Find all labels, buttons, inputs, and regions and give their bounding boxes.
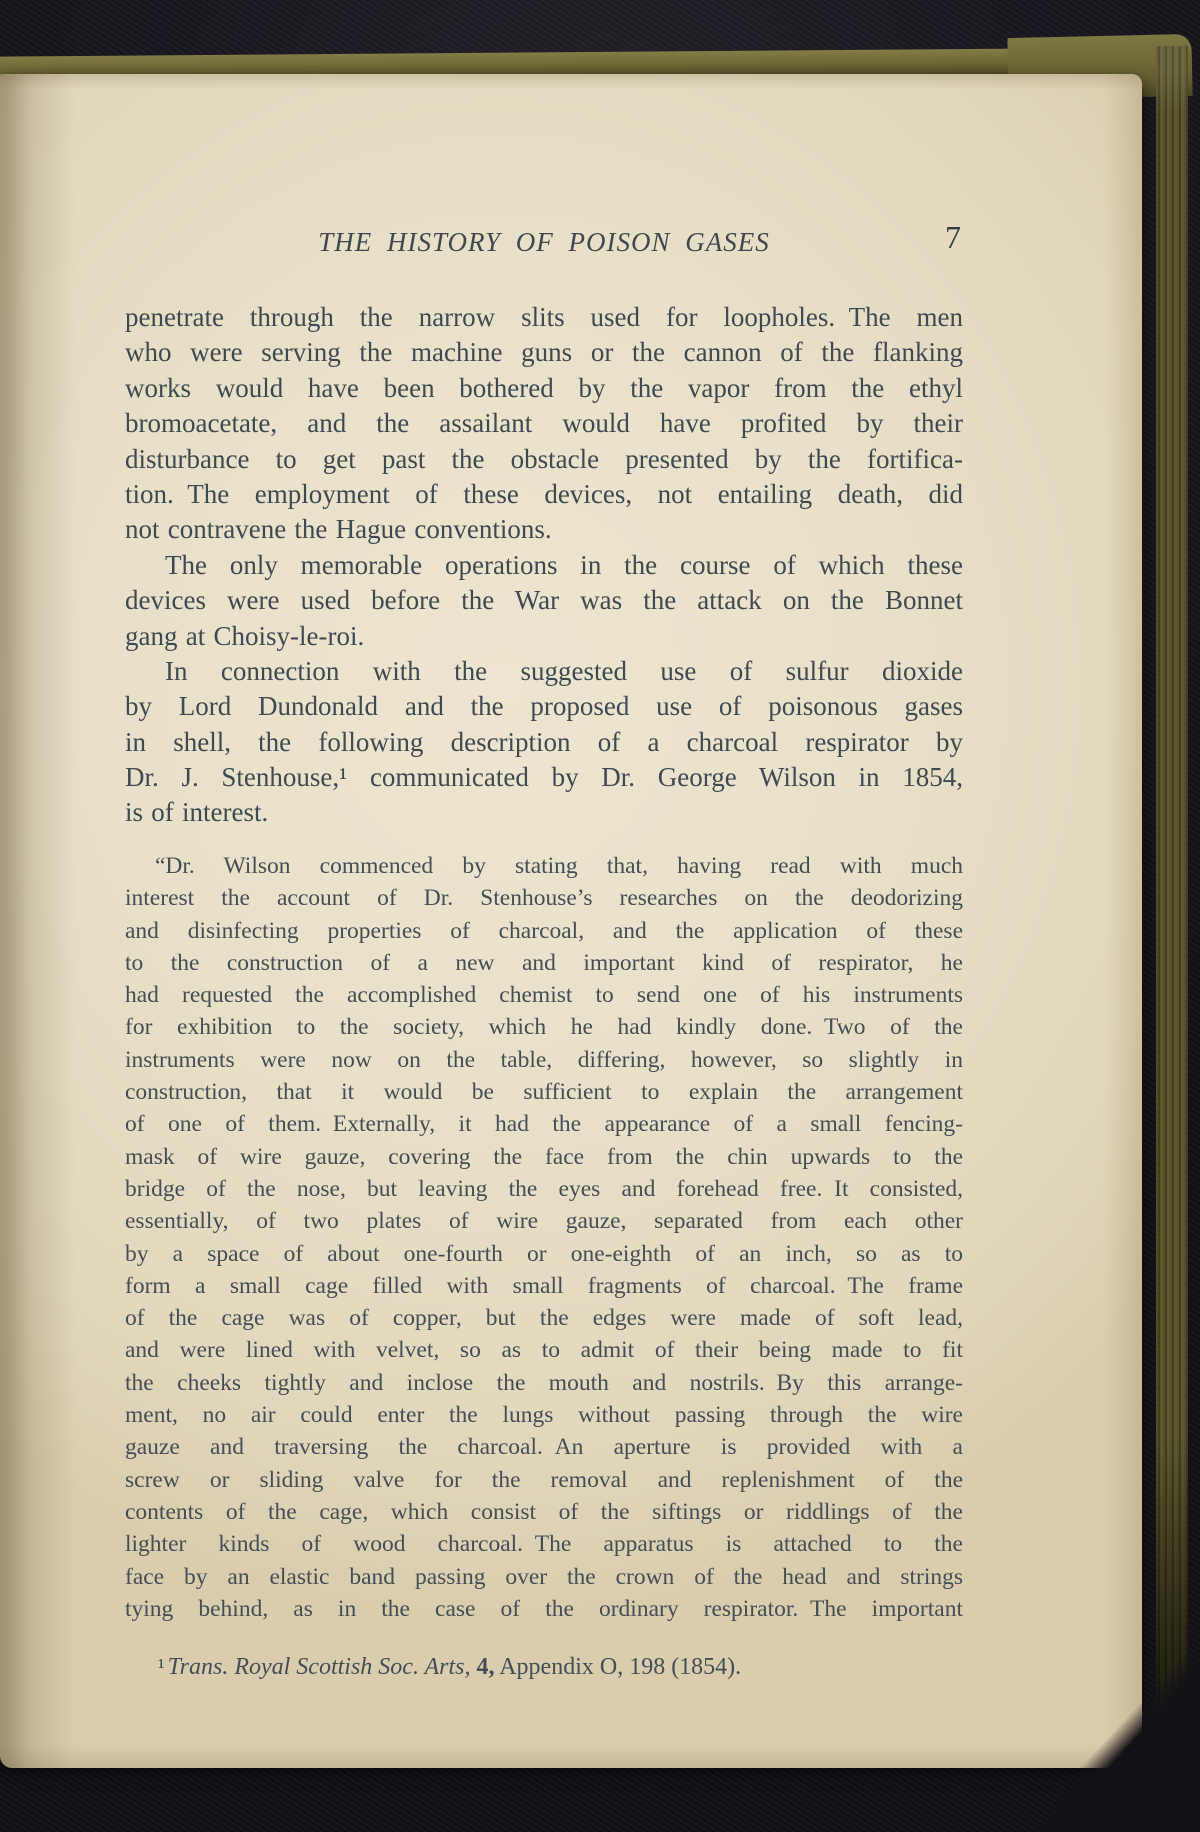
gutter-shadow (0, 74, 80, 1768)
text-line: in shell, the following description of a… (125, 725, 963, 760)
footnote-citation-rest: Appendix O, 198 (1854). (499, 1654, 741, 1680)
text-line: face by an elastic band passing over the… (125, 1561, 963, 1593)
text-line: works would have been bothered by the va… (125, 371, 963, 406)
text-line: is of interest. (125, 795, 963, 830)
page-number: 7 (945, 220, 961, 254)
paragraph: penetrate through the narrow slits used … (125, 300, 963, 548)
footnote: ¹Trans. Royal Scottish Soc. Arts, 4, App… (125, 1652, 963, 1682)
text-line: penetrate through the narrow slits used … (125, 300, 963, 335)
page-header-title: THE HISTORY OF POISON GASES (318, 227, 770, 257)
text-line: mask of wire gauze, covering the face fr… (125, 1141, 963, 1173)
page-corner-shadow (1036, 1656, 1200, 1832)
running-header: THE HISTORY OF POISON GASES (125, 225, 963, 259)
text-line: form a small cage filled with small frag… (125, 1270, 963, 1302)
text-line: by Lord Dundonald and the proposed use o… (125, 689, 963, 724)
text-line: the cheeks tightly and inclose the mouth… (125, 1367, 963, 1399)
text-line: construction, that it would be sufficien… (125, 1076, 963, 1108)
text-line: of the cage was of copper, but the edges… (125, 1302, 963, 1334)
text-line: “Dr. Wilson commenced by stating that, h… (125, 850, 963, 882)
text-line: In connection with the suggested use of … (125, 654, 963, 689)
text-line: for exhibition to the society, which he … (125, 1011, 963, 1043)
text-line: gang at Choisy-le-roi. (125, 619, 963, 654)
paragraph: “Dr. Wilson commenced by stating that, h… (125, 850, 963, 1625)
quoted-passage: “Dr. Wilson commenced by stating that, h… (125, 850, 963, 1625)
text-line: who were serving the machine guns or the… (125, 335, 963, 370)
text-line: had requested the accomplished chemist t… (125, 979, 963, 1011)
paragraph: The only memorable operations in the cou… (125, 548, 963, 654)
text-line: devices were used before the War was the… (125, 583, 963, 618)
text-line: The only memorable operations in the cou… (125, 548, 963, 583)
text-line: gauze and traversing the charcoal. An ap… (125, 1431, 963, 1463)
body-paragraphs: penetrate through the narrow slits used … (125, 300, 963, 831)
text-line: tying behind, as in the case of the ordi… (125, 1593, 963, 1625)
text-line: essentially, of two plates of wire gauze… (125, 1205, 963, 1237)
text-line: ment, no air could enter the lungs witho… (125, 1399, 963, 1431)
text-line: bromoacetate, and the assailant would ha… (125, 406, 963, 441)
paragraph: In connection with the suggested use of … (125, 654, 963, 831)
text-line: tion. The employment of these devices, n… (125, 477, 963, 512)
text-line: Dr. J. Stenhouse,¹ communicated by Dr. G… (125, 760, 963, 795)
screenshot-root: { "document_type": "scanned book page ph… (0, 0, 1200, 1832)
text-line: instruments were now on the table, diffe… (125, 1044, 963, 1076)
text-line: screw or sliding valve for the removal a… (125, 1464, 963, 1496)
text-line: and disinfecting properties of charcoal,… (125, 915, 963, 947)
text-line: by a space of about one-fourth or one-ei… (125, 1238, 963, 1270)
text-line: and were lined with velvet, so as to adm… (125, 1334, 963, 1366)
page-text-block: THE HISTORY OF POISON GASES 7 penetrate … (125, 74, 963, 1768)
book-page: THE HISTORY OF POISON GASES 7 penetrate … (0, 74, 1142, 1768)
footnote-volume: 4, (477, 1654, 495, 1680)
text-line: contents of the cage, which consist of t… (125, 1496, 963, 1528)
footnote-marker: ¹ (158, 1654, 165, 1679)
text-line: bridge of the nose, but leaving the eyes… (125, 1173, 963, 1205)
text-line: of one of them. Externally, it had the a… (125, 1108, 963, 1140)
footnote-source: Trans. Royal Scottish Soc. Arts, (168, 1654, 471, 1680)
text-line: lighter kinds of wood charcoal. The appa… (125, 1528, 963, 1560)
text-line: to the construction of a new and importa… (125, 947, 963, 979)
text-line: not contravene the Hague conventions. (125, 512, 963, 547)
text-line: interest the account of Dr. Stenhouse’s … (125, 882, 963, 914)
text-line: disturbance to get past the obstacle pre… (125, 442, 963, 477)
